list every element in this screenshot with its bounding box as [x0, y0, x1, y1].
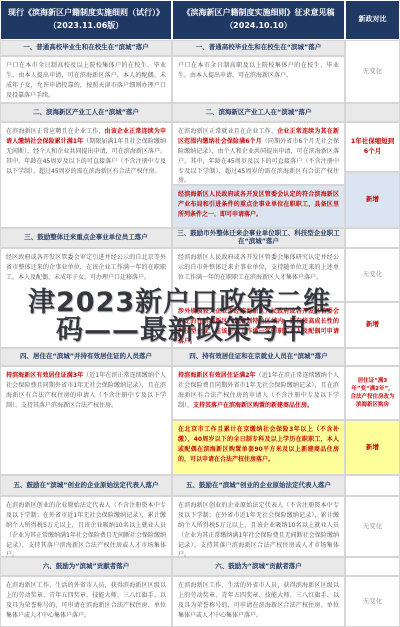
- section1-compare-badge: 无变化: [345, 40, 400, 103]
- section5-body-current: 在滨海新区创业的企业原始法定代表人（不含注册资本中专及以下学制；在外省市近1年无…: [0, 496, 172, 557]
- section6-body-current: 在滨海新区工作、生活的外省市人员，获得滨海新区区级以上的劳动奖章、青年五四奖章、…: [0, 576, 172, 627]
- section6-title-draft: 六、鼓励为“滨城”贡献者落户: [172, 557, 345, 576]
- highlighted-change-text: 持滨海新区有效居住证满3年: [6, 372, 83, 379]
- section2-body-draft: 在滨海新区正常就业且在企业工作，企业正常连续为其在新区范围内缴纳社会保险满6个月…: [172, 122, 345, 185]
- section4-body-draft: 持滨海新区有效居住证满2年（近1年在滨正常连续缴纳个人社会保险费且同期外省市1年…: [172, 366, 345, 420]
- section6-body-draft: 在滨海新区工作、生活的外省市人员，获得滨海新区区级以上的劳动奖章、青年五四奖章、…: [172, 576, 345, 627]
- section2-title-current: 二、滨海新区产业工人在“滨城”落户: [0, 103, 172, 122]
- section4-title-draft: 四、持有效居住证和在京就业人员在“滨城”落户: [172, 348, 345, 366]
- section3-body-draft: 经滨海新区人民政府或各开发区管委会集体研究认定并经公示的自市外整体迁来企事业单位…: [172, 248, 345, 302]
- section3-title-draft: 三、鼓励市外整体迁来企事业单位职工、科技型企业职工在“滨城”落户: [172, 228, 345, 248]
- section2-body-current: 在滨海新区正常应聘且在企业工作，由该企业正常连续为申请人缴纳社会保险累计满1年（…: [0, 122, 172, 228]
- section4-title-spacer: [345, 348, 400, 366]
- section4-body-current: 持滨海新区有效居住证满3年（近1年在滨正常连续缴纳个人社会保险费且同期外省市1年…: [0, 366, 172, 475]
- section2-new-badge: 新增: [345, 172, 400, 228]
- draft-version: （2024.10.10）: [225, 20, 292, 33]
- section5-title-spacer: [345, 475, 400, 496]
- section2-new-clause: 经滨海新区人民政府或各开发区管委会认定的符合滨海新区产业布局和引进条件的重点企事…: [172, 185, 345, 228]
- section5-compare-badge: 无变化: [345, 496, 400, 557]
- section5-title-current: 五、鼓励在“滨城”创业的企业原始法定代表人落户: [0, 475, 172, 496]
- section2-title-draft: 二、滨海新区产业工人在“滨城”落户: [172, 103, 345, 122]
- section6-title-current: 六、鼓励为“滨城”贡献者落户: [0, 557, 172, 576]
- section3-new-badge: 新增: [345, 302, 400, 348]
- section6-title-spacer: [345, 557, 400, 576]
- section4-title-current: 四、居住在“滨城”并持有效居住证的人员落户: [0, 348, 172, 366]
- draft-title: 《滨海新区户籍制度实施细则》征求意见稿: [183, 7, 335, 20]
- section2-compare-badge: 1年社保缩短到6个月: [345, 122, 400, 172]
- highlighted-change-text: 支持其落户在滨海新区购置的新建商品住房。: [193, 402, 313, 409]
- section2-title-spacer: [345, 103, 400, 122]
- section4-new-badge: 新增: [345, 420, 400, 475]
- section3-compare-badge: 无变化: [345, 248, 400, 302]
- current-title: 现行《滨海新区户籍制度实施细则（试行）》: [8, 7, 164, 20]
- current-version: （2023.11.06版）: [49, 20, 124, 33]
- section4-new-clause: 在北京市工作且累计在京缴纳社会保险3年以上（不含补缴），40周岁以下的全日制专科…: [172, 420, 345, 475]
- column-header-current: 现行《滨海新区户籍制度实施细则（试行）》 （2023.11.06版）: [0, 0, 172, 40]
- section4-compare-badge: 居住证“满3年”变“满2年”，合法产权住房改为滨海新区购房: [345, 366, 400, 420]
- section3-title-spacer: [345, 228, 400, 248]
- section1-body-current: 户口在本市全日制高校及以上院校集体户的在校生、毕业生，由本人提出申请，可在滨海新…: [0, 56, 172, 103]
- section1-title-draft: 一、普通高校毕业生和在校生在“滨城”落户: [172, 40, 345, 56]
- section5-title-draft: 五、鼓励在“滨城”创业的企业原始法定代表人落户: [172, 475, 345, 496]
- policy-comparison-table: 现行《滨海新区户籍制度实施细则（试行）》 （2023.11.06版） 《滨海新区…: [0, 0, 400, 627]
- section1-title-current: 一、普通高校毕业生和在校生在“滨城”落户: [0, 40, 172, 56]
- section3-title-current: 三、鼓励整体迁来重点企事业单位员工落户: [0, 228, 172, 248]
- section3-body-current: 经区政府或各开发区管委会审定引进并经公示的自北京等外省市整体迁来的企事业单位，在…: [0, 248, 172, 348]
- section5-body-draft: 在滨海新区创业的企业原始法定代表人（不含注册资本中专及以下学制；在外省市近1年无…: [172, 496, 345, 557]
- section3-new-clause: 涉外规模较大企业等经滨海新区人民政府或各开发区管委会认定的在滨海新区产业规划特色…: [172, 302, 345, 348]
- section6-compare-badge: 无变化: [345, 576, 400, 627]
- highlighted-change-text: 持滨海新区有效居住证满2年: [178, 372, 256, 379]
- column-header-compare: 新政对比: [345, 0, 400, 40]
- compare-title: 新政对比: [359, 14, 387, 25]
- column-header-draft: 《滨海新区户籍制度实施细则》征求意见稿 （2024.10.10）: [172, 0, 345, 40]
- section1-body-draft: 户口在本市全日制高职及以上院校集体户的在校生、毕业生，由本人提出申请，可在滨海新…: [172, 56, 345, 103]
